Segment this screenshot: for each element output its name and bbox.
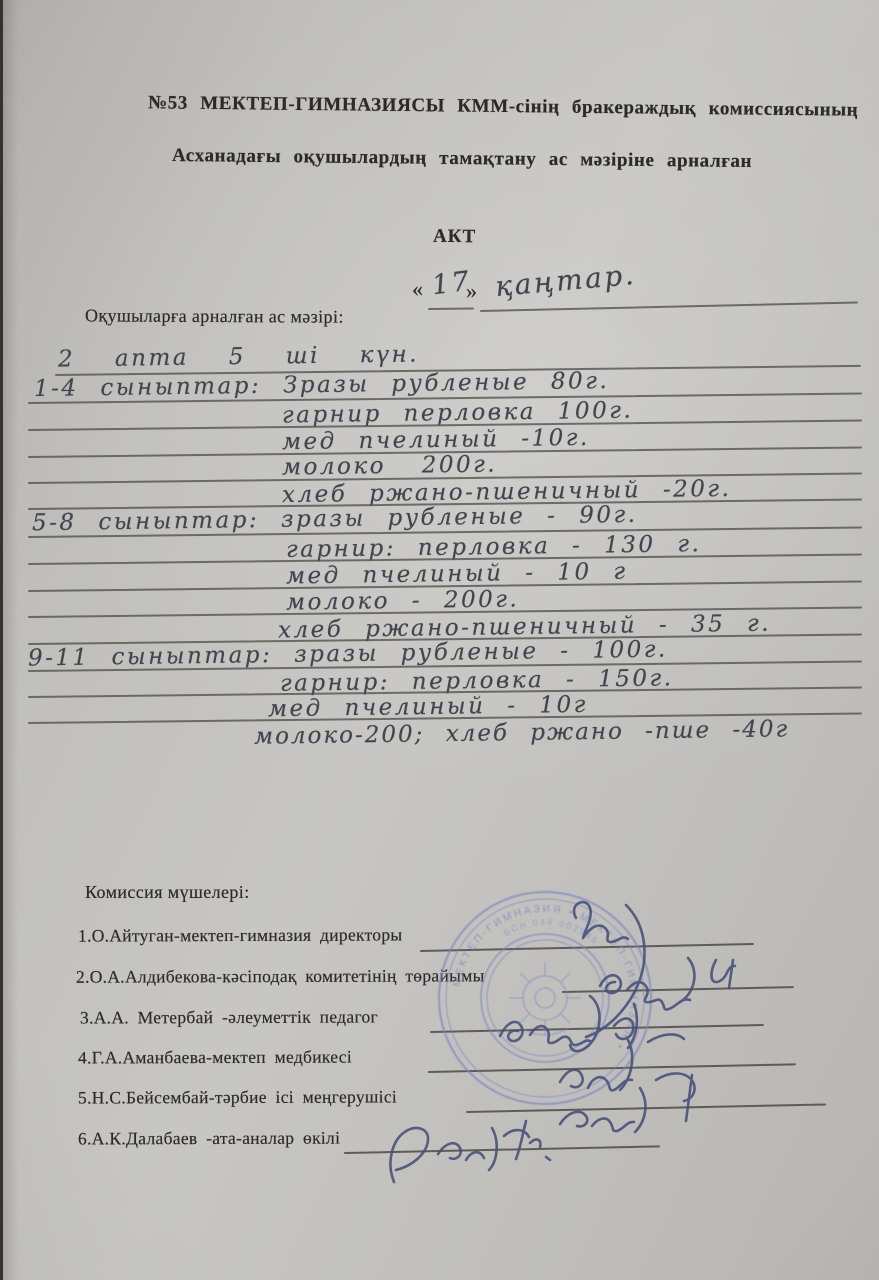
signature-parent [504, 1121, 550, 1160]
signature-director [574, 902, 628, 942]
signature-pedagogue [614, 1004, 637, 1048]
document-photo: №53 МЕКТЕП-ГИМНАЗИЯСЫ КММ-сінің бракераж… [0, 0, 879, 1280]
signature-parent [438, 1143, 484, 1160]
signature-pedagogue [500, 1022, 590, 1045]
signature-pedagogue [570, 996, 600, 1051]
signature-parent [390, 1128, 428, 1182]
signature-parent [489, 1128, 497, 1170]
photo-left-edge [0, 0, 3, 1280]
signatures-overlay [0, 0, 879, 1280]
signature-chairwoman [711, 960, 735, 988]
signature-deputy [656, 1073, 695, 1121]
signature-deputy [560, 1112, 634, 1131]
signature-nurse [648, 1034, 684, 1042]
signature-deputy [635, 1088, 645, 1132]
signature-chairwoman [600, 975, 690, 1009]
signature-chairwoman [680, 958, 694, 1002]
